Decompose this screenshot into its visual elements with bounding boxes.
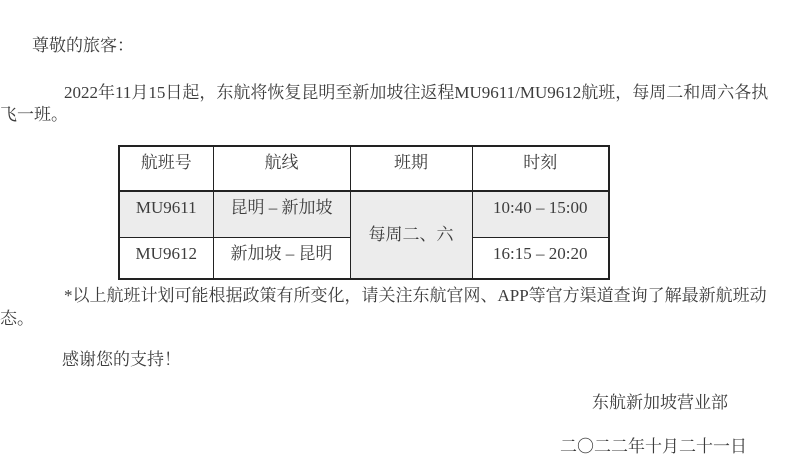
table-header-row: 航班号 航线 班期 时刻	[119, 146, 609, 191]
header-flight-no: 航班号	[119, 146, 213, 191]
flight-schedule-table: 航班号 航线 班期 时刻 MU9611 昆明 – 新加坡 每周二、六 10:40…	[118, 145, 610, 280]
cell-time: 16:15 – 20:20	[472, 237, 609, 279]
header-schedule: 班期	[350, 146, 472, 191]
signature-department: 东航新加坡营业部	[592, 394, 728, 411]
thanks-text: 感谢您的支持！	[62, 351, 181, 368]
body-paragraph-line1: 2022年11月15日起，东航将恢复昆明至新加坡往返程MU9611/MU9612…	[64, 84, 768, 101]
cell-flight-no: MU9611	[119, 191, 213, 237]
table-row: MU9611 昆明 – 新加坡 每周二、六 10:40 – 15:00	[119, 191, 609, 237]
greeting-text: 尊敬的旅客：	[32, 37, 134, 54]
header-time: 时刻	[472, 146, 609, 191]
header-route: 航线	[213, 146, 350, 191]
notice-document: 尊敬的旅客： 2022年11月15日起，东航将恢复昆明至新加坡往返程MU9611…	[0, 0, 797, 467]
signature-date: 二〇二二年十月二十一日	[560, 438, 747, 455]
body-paragraph-line2: 飞一班。	[0, 106, 68, 123]
cell-route: 昆明 – 新加坡	[213, 191, 350, 237]
cell-route: 新加坡 – 昆明	[213, 237, 350, 279]
cell-flight-no: MU9612	[119, 237, 213, 279]
cell-schedule-merged: 每周二、六	[350, 191, 472, 279]
footnote-line2: 态。	[0, 310, 34, 327]
cell-time: 10:40 – 15:00	[472, 191, 609, 237]
footnote-line1: *以上航班计划可能根据政策有所变化，请关注东航官网、APP等官方渠道查询了解最新…	[64, 287, 767, 304]
